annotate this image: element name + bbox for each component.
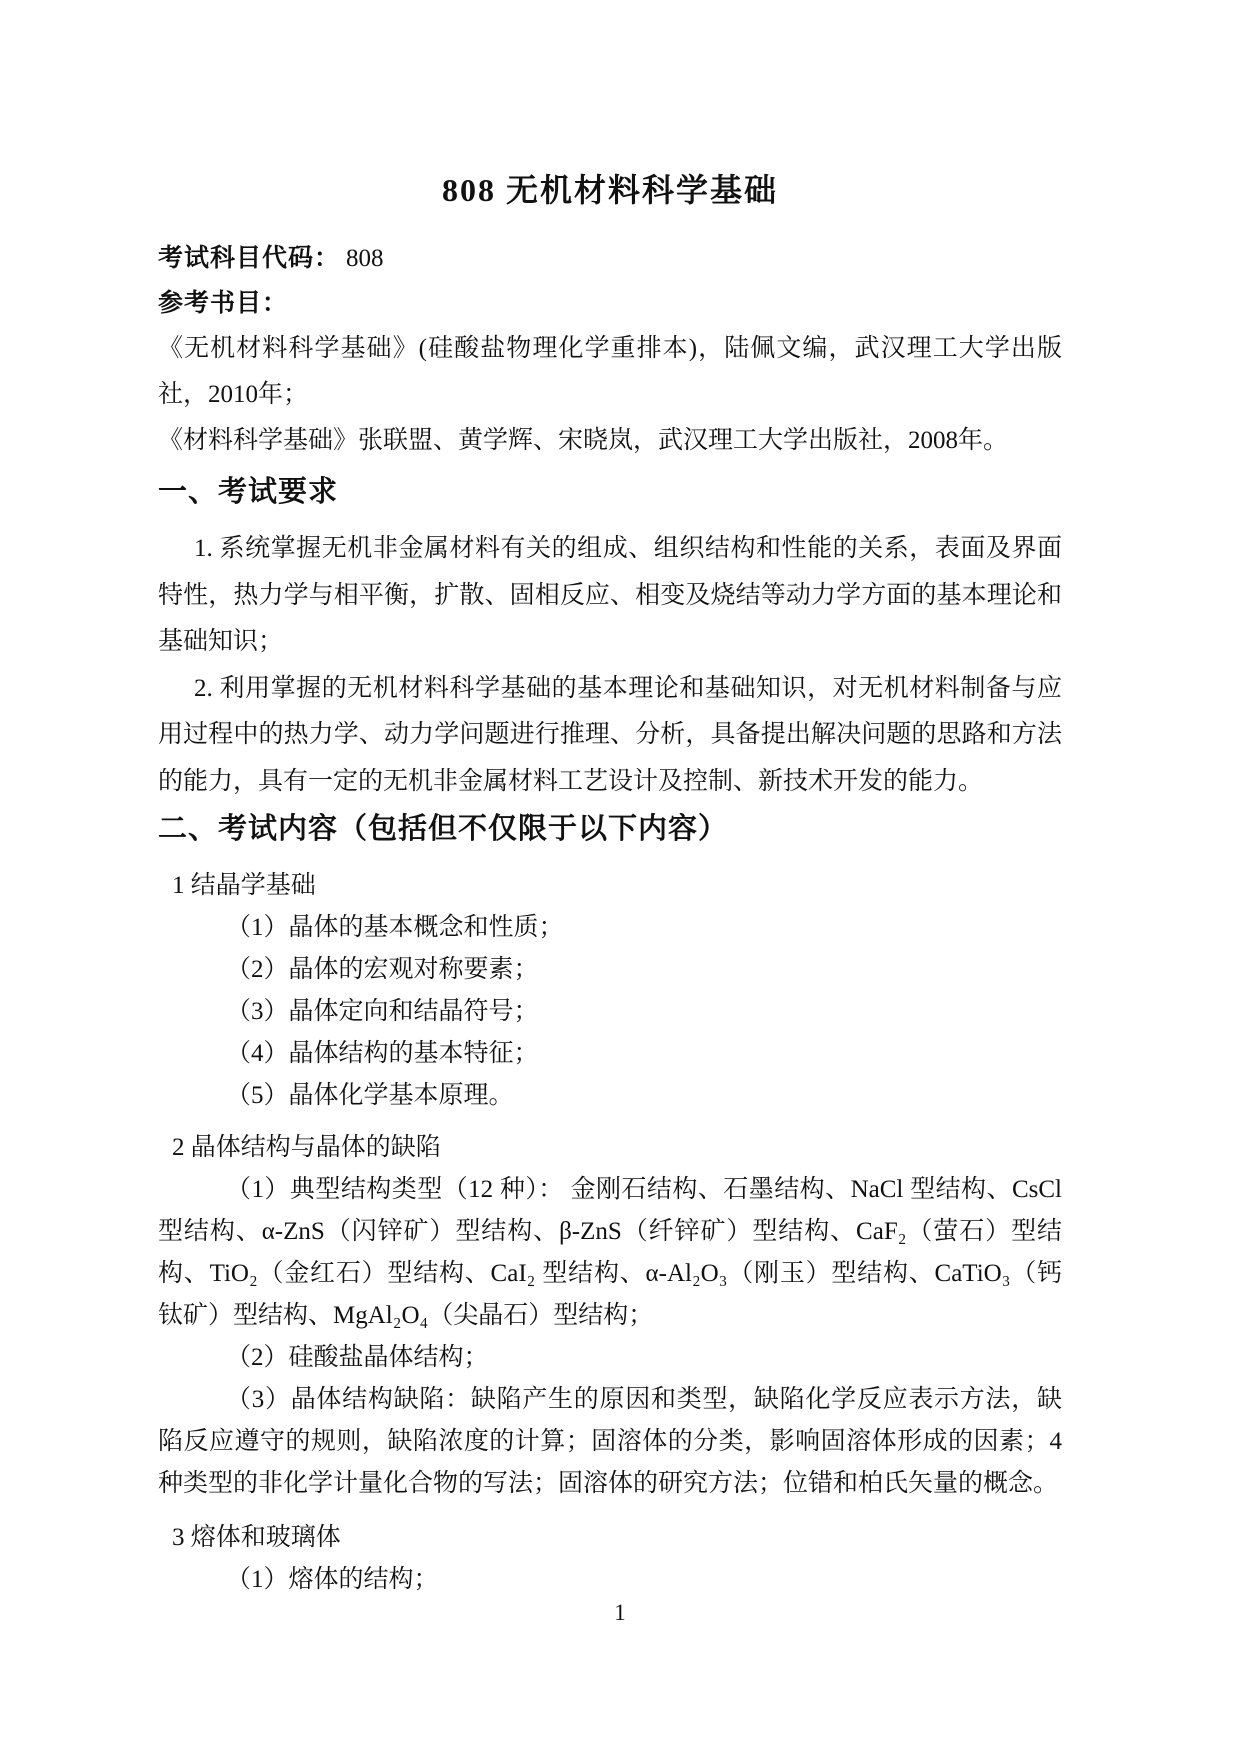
chapter-item: （1）典型结构类型（12 种）： 金刚石结构、石墨结构、NaCl 型结构、CsC… bbox=[158, 1169, 1062, 1337]
chapter-crystal-structure-defects: 2 晶体结构与晶体的缺陷 （1）典型结构类型（12 种）： 金刚石结构、石墨结构… bbox=[158, 1127, 1062, 1505]
exam-code-label: 考试科目代码： bbox=[158, 244, 340, 272]
exam-code-line: 考试科目代码：808 bbox=[158, 236, 1062, 281]
exam-requirement-paragraph-2: 2. 利用掌握的无机材料科学基础的基本理论和基础知识，对无机材料制备与应用过程中… bbox=[158, 666, 1062, 806]
reference-book-entry-1: 《无机材料科学基础》(硅酸盐物理化学重排本)，陆佩文编，武汉理工大学出版社，20… bbox=[158, 326, 1062, 418]
chapter-item: （2）硅酸盐晶体结构； bbox=[158, 1337, 1062, 1379]
exam-code-value: 808 bbox=[340, 245, 384, 272]
page-title: 808 无机材料科学基础 bbox=[158, 170, 1062, 210]
chapter-item: （5）晶体化学基本原理。 bbox=[158, 1075, 1062, 1117]
chapter-title: 2 晶体结构与晶体的缺陷 bbox=[158, 1127, 1062, 1169]
chapter-title: 1 结晶学基础 bbox=[158, 865, 1062, 907]
chapter-item: （3）晶体定向和结晶符号； bbox=[158, 991, 1062, 1033]
chapter-item: （1）熔体的结构； bbox=[158, 1559, 1062, 1601]
meta-block: 考试科目代码：808 参考书目： 《无机材料科学基础》(硅酸盐物理化学重排本)，… bbox=[158, 236, 1062, 464]
exam-requirement-paragraph-1: 1. 系统掌握无机非金属材料有关的组成、组织结构和性能的关系，表面及界面特性，热… bbox=[158, 526, 1062, 666]
chapter-item: （1）晶体的基本概念和性质； bbox=[158, 907, 1062, 949]
page-number: 1 bbox=[0, 1598, 1240, 1628]
chapter-item: （4）晶体结构的基本特征； bbox=[158, 1033, 1062, 1075]
section-heading-exam-requirements: 一、考试要求 bbox=[158, 470, 1062, 514]
document-content: 808 无机材料科学基础 考试科目代码：808 参考书目： 《无机材料科学基础》… bbox=[158, 0, 1062, 1601]
chapter-item: （2）晶体的宏观对称要素； bbox=[158, 949, 1062, 991]
reference-books-label: 参考书目： bbox=[158, 289, 288, 317]
document-page: 808 无机材料科学基础 考试科目代码：808 参考书目： 《无机材料科学基础》… bbox=[0, 0, 1240, 1754]
chapter-title: 3 熔体和玻璃体 bbox=[158, 1517, 1062, 1559]
reference-book-entry-2: 《材料科学基础》张联盟、黄学辉、宋晓岚，武汉理工大学出版社，2008年。 bbox=[158, 418, 1062, 464]
chapter-crystallography: 1 结晶学基础 （1）晶体的基本概念和性质； （2）晶体的宏观对称要素； （3）… bbox=[158, 865, 1062, 1117]
chapter-melts-and-glass: 3 熔体和玻璃体 （1）熔体的结构； bbox=[158, 1517, 1062, 1601]
reference-books-line: 参考书目： bbox=[158, 281, 1062, 326]
chapter-item: （3）晶体结构缺陷：缺陷产生的原因和类型，缺陷化学反应表示方法，缺陷反应遵守的规… bbox=[158, 1379, 1062, 1505]
section-heading-exam-content: 二、考试内容（包括但不仅限于以下内容） bbox=[158, 807, 1062, 851]
